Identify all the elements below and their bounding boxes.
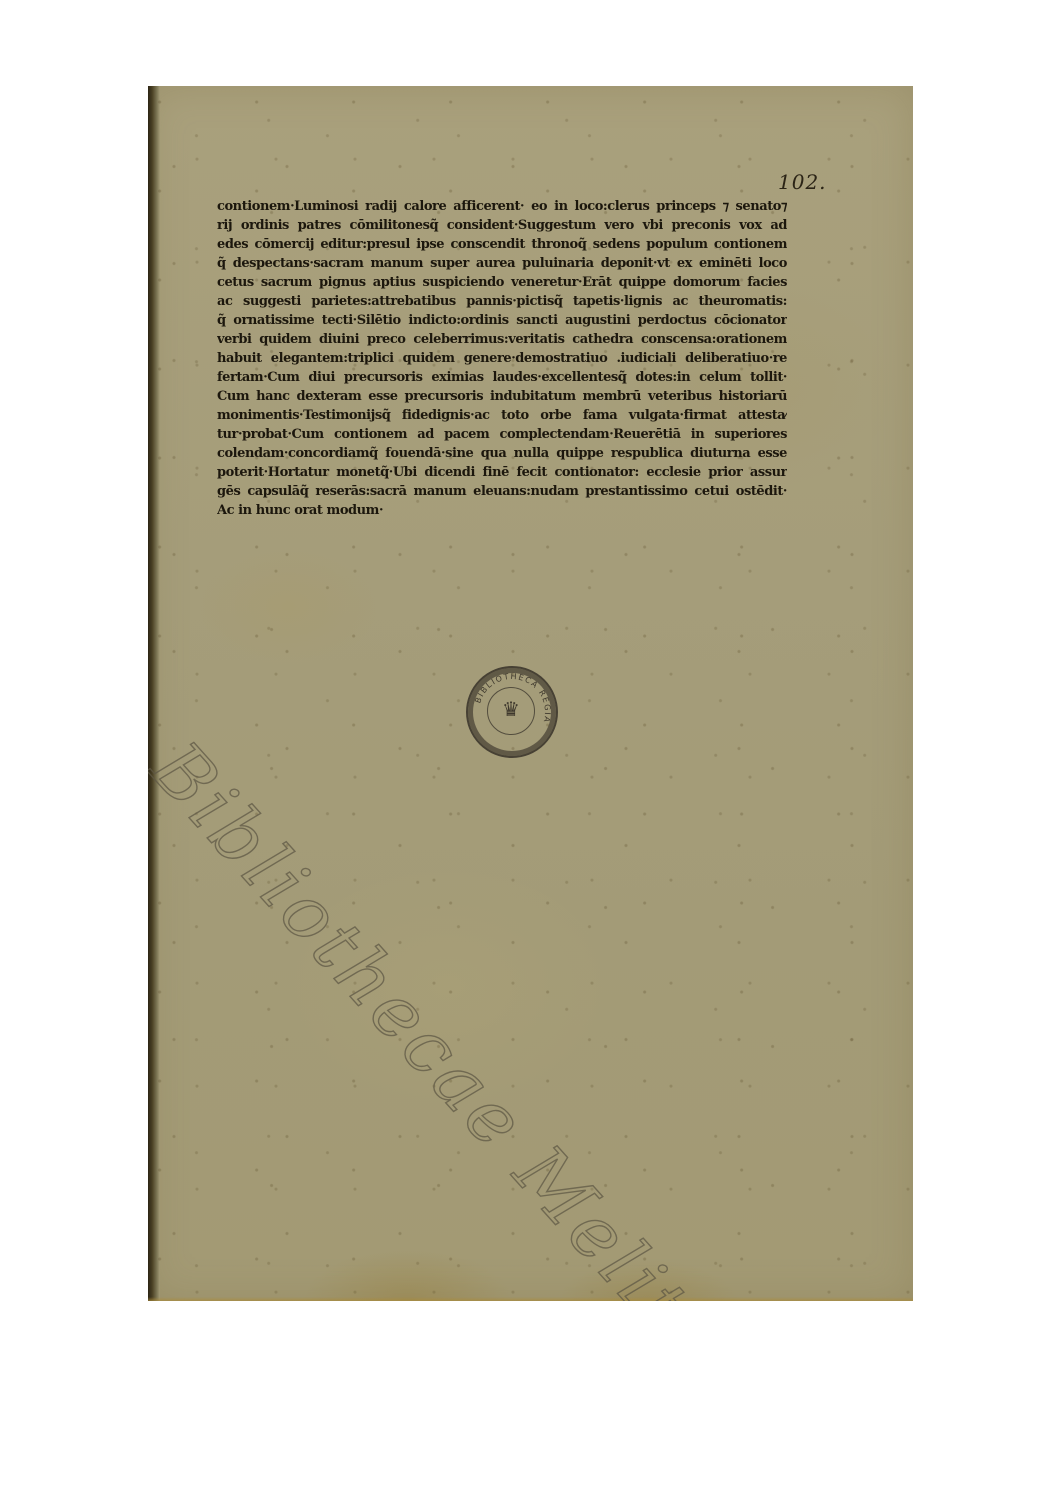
text-line: Cum hanc dexteram esse precursoris indub… xyxy=(217,387,787,406)
incunabula-text-block: contionem·Luminosi radij calore afficere… xyxy=(217,197,787,520)
text-line: cetus sacrum pignus aptius suspiciendo v… xyxy=(217,273,787,292)
page-number: 102. xyxy=(778,170,827,194)
manuscript-page: 102. contionem·Luminosi radij calore aff… xyxy=(148,86,913,1301)
text-line: habuit elegantem:triplici quidem genere·… xyxy=(217,349,787,368)
stamp-inner-ring: ♛ xyxy=(487,687,535,735)
library-watermark: Bibliothecae Melitensis xyxy=(148,726,800,1301)
text-line: rij ordinis patres cōmilitonesq̃ conside… xyxy=(217,216,787,235)
text-line: monimentis·Testimonijsq̃ fidedignis·ac t… xyxy=(217,406,787,425)
text-line: Ac in hunc orat modum· xyxy=(217,501,787,520)
text-line: q̃ despectans·sacram manum super aurea p… xyxy=(217,254,787,273)
page-bottom-edge xyxy=(148,1297,913,1301)
text-line: fertam·Cum diui precursoris eximias laud… xyxy=(217,368,787,387)
text-line: ac suggesti parietes:attrebatibus pannis… xyxy=(217,292,787,311)
text-line: tur·probat·Cum contionem ad pacem comple… xyxy=(217,425,787,444)
library-stamp: BIBLIOTHECA REGIA ♛ xyxy=(466,666,558,758)
text-line: edes cōmercij editur:presul ipse conscen… xyxy=(217,235,787,254)
text-line: contionem·Luminosi radij calore afficere… xyxy=(217,197,787,216)
text-line: colendam·concordiamq̃ fouendā·sine qua n… xyxy=(217,444,787,463)
text-line: verbi quidem diuini preco celeberrimus:v… xyxy=(217,330,787,349)
text-line: q̃ ornatissime tecti·Silētio indicto:ord… xyxy=(217,311,787,330)
text-line: poterit·Hortatur monetq̃·Ubi dicendi fin… xyxy=(217,463,787,482)
text-line: gēs capsulāq̃ reserās:sacrā manum eleuan… xyxy=(217,482,787,501)
binding-edge xyxy=(148,86,160,1301)
crown-icon: ♛ xyxy=(488,698,534,720)
